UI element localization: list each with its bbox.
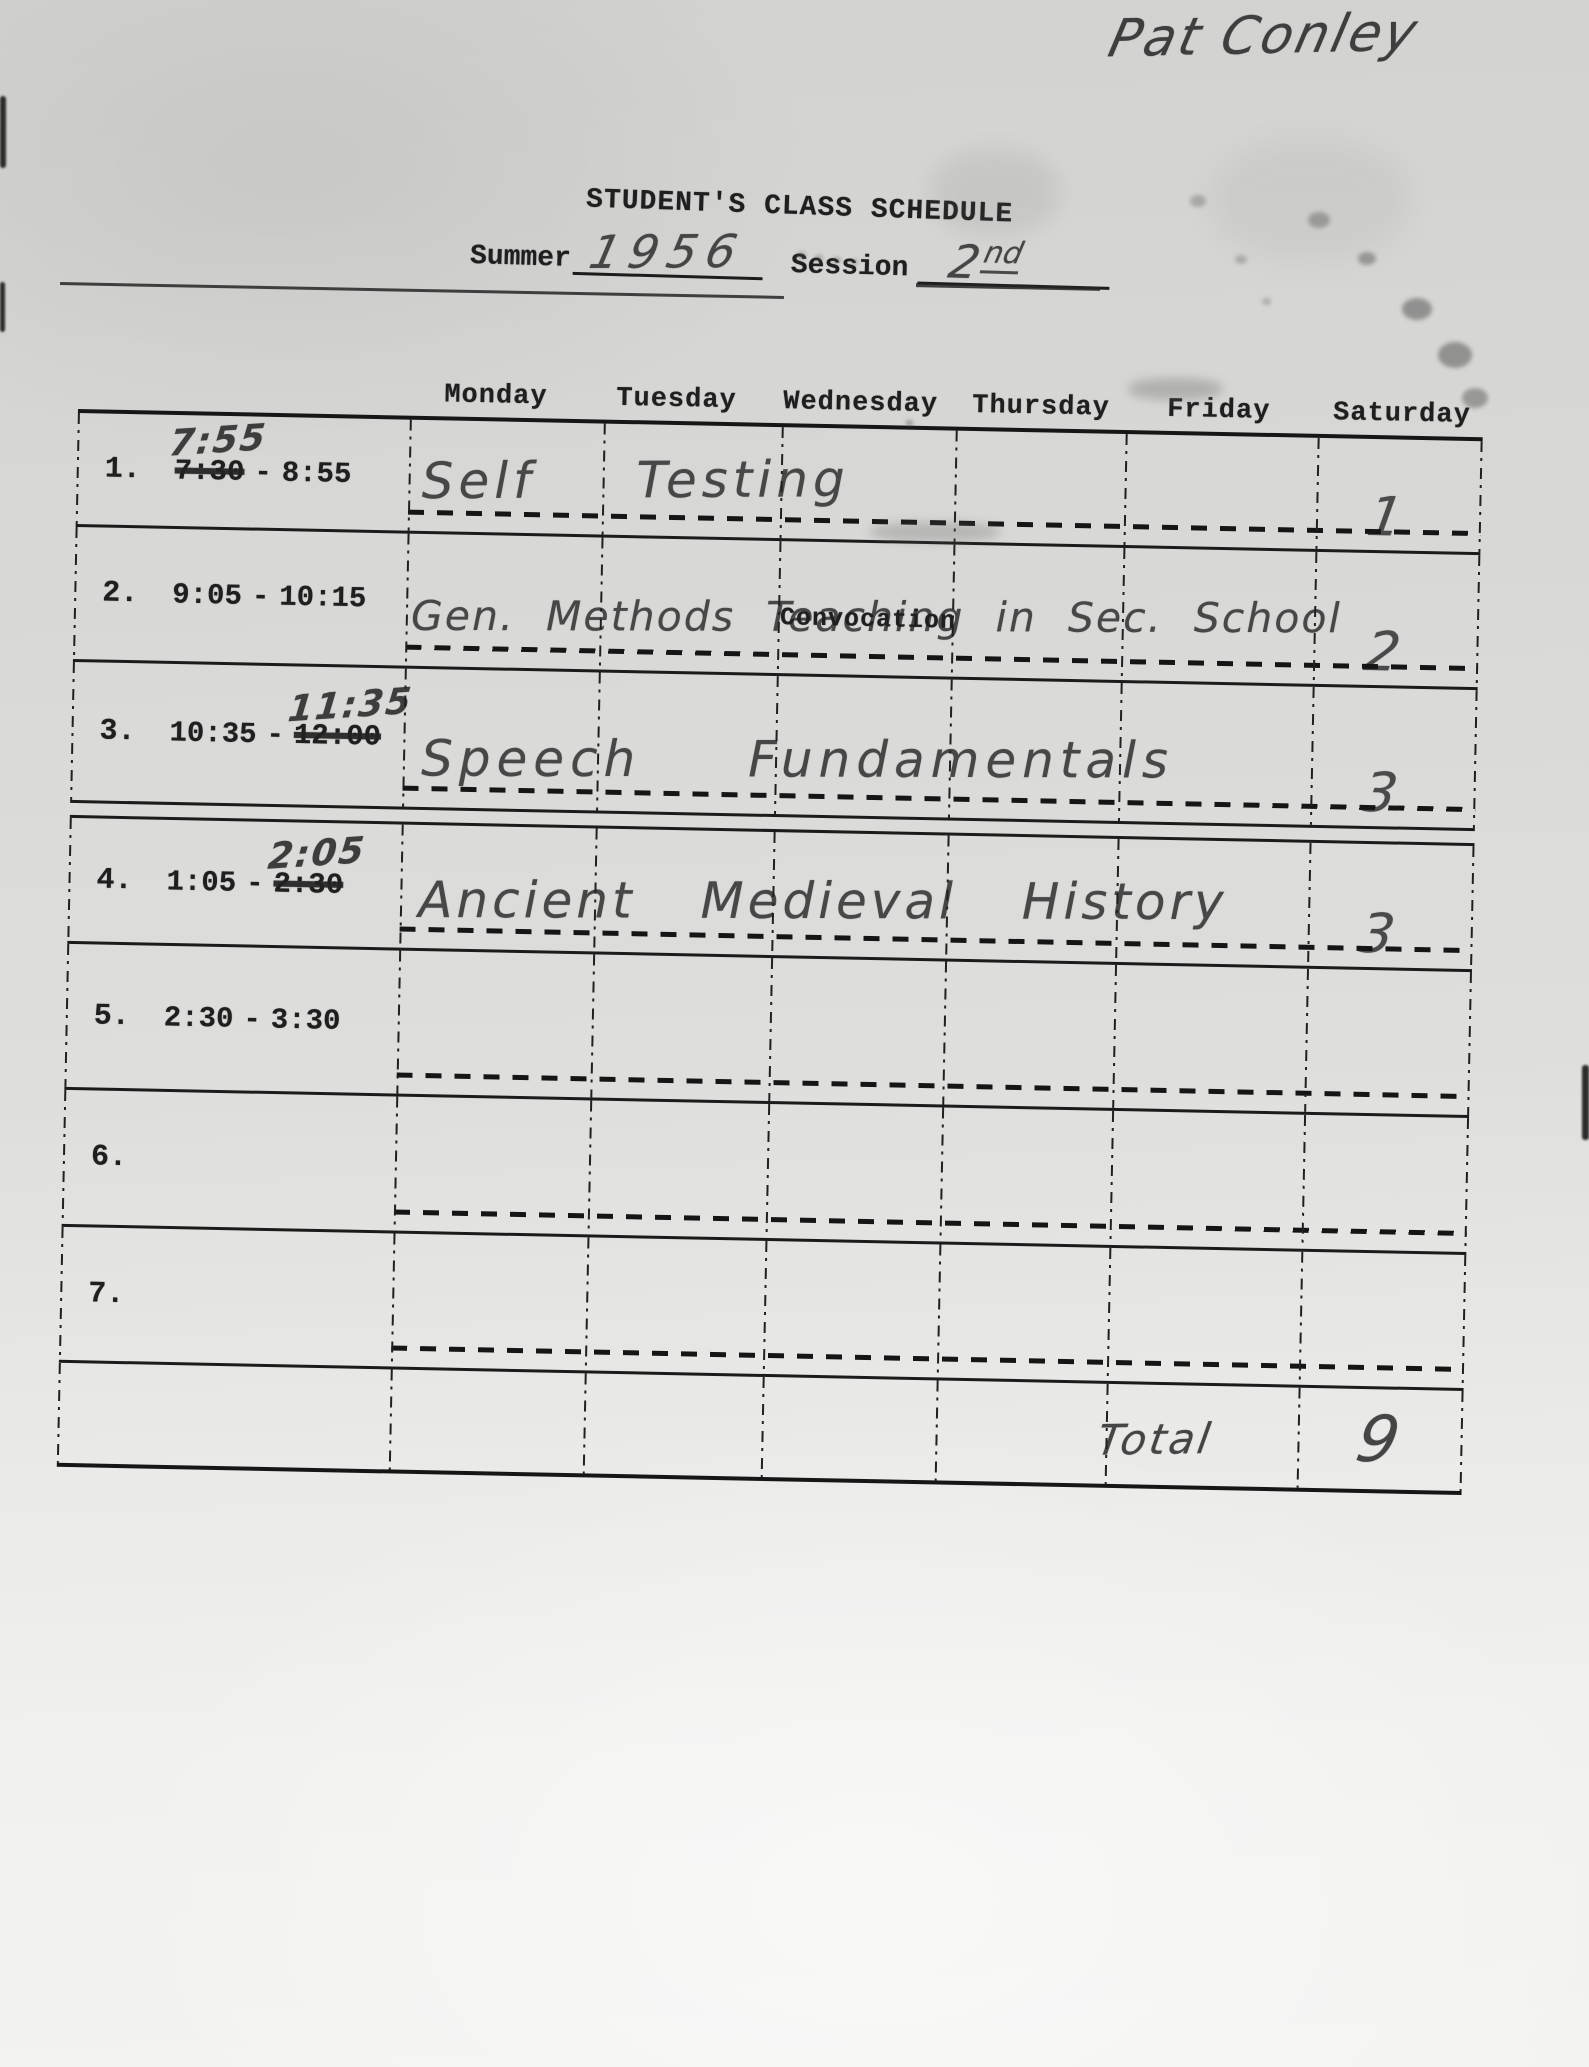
- time-separator: [171, 1143, 172, 1176]
- course-entry: Ancient Medieval History: [418, 871, 1228, 931]
- row-number: 3.: [99, 715, 136, 750]
- column-divider: [70, 662, 75, 800]
- convocation-note: Convocation: [780, 603, 957, 636]
- time-separator: -: [266, 718, 284, 751]
- column-divider: [73, 527, 78, 659]
- time-separator: [168, 1279, 169, 1312]
- total-value: 9: [1350, 1403, 1405, 1478]
- ink-smudge: [1190, 195, 1206, 207]
- ink-smudge: [1402, 298, 1432, 320]
- ink-smudge: [906, 420, 913, 426]
- day-header-tuesday: Tuesday: [616, 384, 737, 416]
- ink-smudge: [797, 252, 806, 259]
- row-number: 4.: [96, 863, 133, 898]
- credit-count: 3: [1358, 761, 1402, 824]
- column-divider: [1460, 1391, 1464, 1491]
- schedule-row-3: 3. 10:35-11:3512:00 Speech Fundamentals …: [70, 662, 1478, 831]
- time-range: 2:30-3:30: [163, 1001, 340, 1038]
- time-range: 9:05-10:15: [172, 578, 367, 615]
- day-header-thursday: Thursday: [972, 391, 1110, 424]
- write-on-line: [394, 1210, 1467, 1237]
- row-number: 1.: [104, 452, 141, 487]
- row-number: 7.: [88, 1277, 125, 1312]
- column-divider: [1464, 1118, 1469, 1252]
- column-divider: [761, 1377, 765, 1477]
- term-blank-line: 1956: [572, 238, 763, 280]
- day-header-wednesday: Wednesday: [783, 387, 938, 420]
- column-divider: [1473, 690, 1478, 828]
- column-divider: [1462, 1255, 1467, 1388]
- ink-smudge: [1438, 342, 1472, 368]
- term-value: 1956: [584, 224, 750, 279]
- column-divider: [1297, 1388, 1301, 1488]
- scan-edge-artifact: [0, 96, 6, 168]
- time-separator: -: [252, 580, 270, 613]
- credit-count: 3: [1355, 902, 1399, 965]
- total-label: Total: [1094, 1414, 1217, 1465]
- ink-smudge: [1262, 298, 1271, 305]
- column-divider: [62, 1090, 67, 1224]
- day-header-saturday: Saturday: [1333, 398, 1471, 431]
- time-separator: -: [243, 1002, 261, 1035]
- column-divider: [67, 818, 71, 941]
- start-time: 10:35: [169, 716, 257, 751]
- schedule-grid: 1. 7:557:30-8:55 Self Testing 1 2. 9:05-…: [57, 409, 1483, 1495]
- column-divider: [1470, 846, 1474, 969]
- ink-smudge: [815, 255, 823, 261]
- column-divider: [1478, 441, 1482, 552]
- course-entry: Self Testing: [422, 450, 850, 510]
- scan-edge-artifact: [0, 282, 5, 332]
- session-ordinal-suffix: nd: [980, 236, 1026, 275]
- time-range: 1:05-2:052:30: [166, 865, 343, 902]
- start-time: 9:05: [172, 578, 242, 612]
- write-on-line: [405, 645, 1478, 672]
- time-correction: 7:55: [167, 416, 269, 464]
- write-on-line: [400, 927, 1473, 954]
- ink-smudge: [1235, 255, 1247, 264]
- day-header-monday: Monday: [444, 380, 548, 412]
- ink-smudge: [870, 522, 1000, 542]
- row-number: 2.: [102, 577, 139, 612]
- column-divider: [583, 1373, 587, 1473]
- schedule-table: Monday Tuesday Wednesday Thursday Friday…: [57, 409, 1483, 1495]
- column-divider: [76, 413, 80, 524]
- scan-edge-artifact: [1582, 1065, 1589, 1140]
- time-range: [158, 1279, 179, 1312]
- session-label: Session: [790, 250, 908, 284]
- session-number: 2: [945, 235, 986, 290]
- credit-count: 1: [1363, 485, 1407, 548]
- end-time: 10:15: [279, 581, 367, 616]
- row-number: 6.: [91, 1140, 128, 1175]
- write-on-line: [402, 786, 1475, 813]
- write-on-line: [391, 1345, 1464, 1372]
- stray-line: [60, 282, 784, 299]
- column-divider: [1476, 555, 1481, 687]
- ink-smudge: [1128, 378, 1223, 400]
- start-time: 2:30: [163, 1001, 233, 1035]
- write-on-line: [397, 1073, 1470, 1100]
- column-divider: [389, 1369, 393, 1469]
- time-correction: 2:05: [266, 829, 368, 877]
- summer-label: Summer: [470, 241, 572, 275]
- paper-shading: [930, 150, 1060, 235]
- time-range: 10:35-11:3512:00: [169, 716, 381, 753]
- column-divider: [64, 944, 69, 1087]
- ink-smudge: [851, 259, 858, 265]
- time-range: 7:557:30-8:55: [174, 454, 351, 491]
- time-range: [161, 1142, 182, 1175]
- schedule-row-5: 5. 2:30-3:30: [64, 944, 1472, 1118]
- column-divider: [1467, 972, 1472, 1115]
- course-entry: Speech Fundamentals: [421, 730, 1174, 790]
- term-session-line: Summer1956Session2nd: [470, 235, 1111, 290]
- credit-count: 2: [1360, 620, 1404, 683]
- column-divider: [59, 1227, 64, 1360]
- start-time: 1:05: [166, 865, 236, 899]
- end-time: 3:30: [270, 1003, 340, 1037]
- session-value: 2nd: [945, 235, 1027, 291]
- row-number: 5.: [93, 999, 130, 1034]
- ink-smudge: [1462, 388, 1488, 408]
- paper-shading: [1210, 140, 1410, 260]
- column-divider: [935, 1380, 939, 1480]
- end-time: 8:55: [281, 456, 351, 490]
- time-correction: 11:35: [286, 681, 415, 731]
- student-name: Pat Conley: [1103, 3, 1425, 70]
- time-separator: -: [254, 456, 272, 489]
- scanned-schedule-page: Pat Conley STUDENT'S CLASS SCHEDULE Summ…: [0, 0, 1589, 2067]
- column-divider: [57, 1363, 61, 1463]
- ink-smudge: [833, 257, 841, 263]
- time-separator: -: [246, 866, 264, 899]
